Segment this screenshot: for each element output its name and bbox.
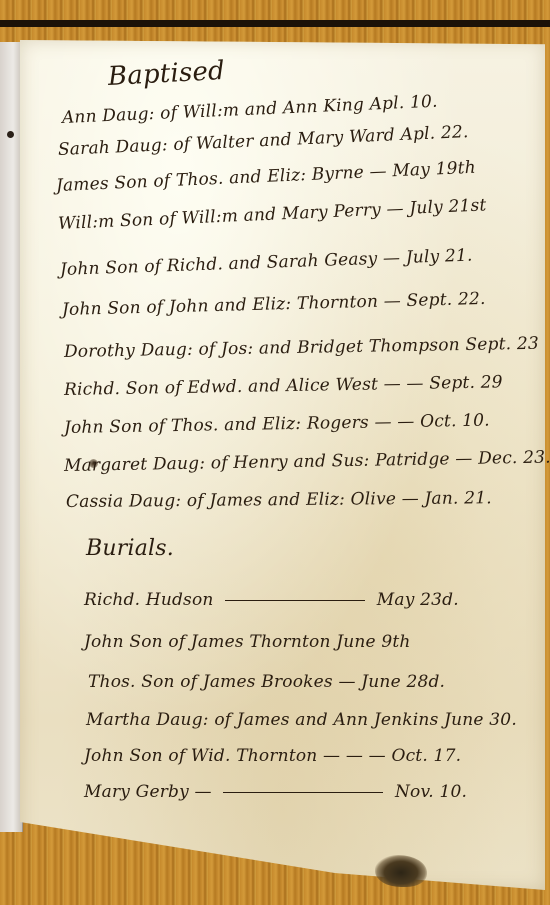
burial-entry: Richd. Hudson May 23d. — [84, 590, 459, 610]
entry-date: Apl. 10. — [369, 92, 438, 115]
entry-text: John Son of Wid. Thornton — — — — [84, 746, 386, 766]
entry-date: Dec. 23. — [478, 448, 550, 469]
entry-text: Thos. Son of James Brookes — — [88, 672, 356, 692]
burials-heading: Burials. — [86, 536, 174, 561]
entry-date: Jan. 21. — [424, 488, 492, 509]
entry-text: Cassia Daug: of James and Eliz: Olive — — [66, 489, 419, 512]
baptism-entry: Cassia Daug: of James and Eliz: Olive — … — [66, 488, 492, 512]
entry-date: Oct. 10. — [420, 411, 490, 432]
entry-date: June 30. — [444, 710, 517, 730]
entry-date: Apl. 22. — [400, 122, 469, 145]
burial-entry: John Son of James Thornton June 9th — [84, 632, 411, 652]
entry-date: June 28d. — [361, 672, 445, 692]
entry-date: Sept. 22. — [406, 289, 486, 311]
entry-text: Martha Daug: of James and Ann Jenkins — [86, 710, 439, 730]
entry-date: Oct. 17. — [391, 746, 461, 766]
entry-text: John Son of James Thornton — [84, 632, 331, 652]
entry-date: July 21st — [409, 195, 487, 218]
entry-date: June 9th — [336, 632, 410, 652]
entry-date: May 23d. — [377, 590, 459, 610]
burial-entry: Mary Gerby — Nov. 10. — [84, 782, 467, 802]
entry-text: Mary Gerby — — [84, 782, 212, 802]
entry-date: Sept. 29 — [429, 372, 503, 393]
burial-entry: Martha Daug: of James and Ann Jenkins Ju… — [86, 710, 517, 730]
binding-hole — [7, 131, 14, 138]
underlying-page-edge — [0, 42, 23, 832]
leader-line — [225, 600, 365, 601]
entry-date: Sept. 23 — [465, 334, 539, 355]
entry-text: Richd. Hudson — [84, 590, 214, 610]
burial-entry: John Son of Wid. Thornton — — — Oct. 17. — [84, 746, 461, 766]
burial-entry: Thos. Son of James Brookes — June 28d. — [88, 672, 445, 692]
baptisms-heading: Baptised — [107, 56, 225, 92]
background-dark-band — [0, 20, 550, 27]
entry-date: July 21. — [405, 246, 473, 268]
leader-line — [223, 792, 383, 793]
entry-date: Nov. 10. — [395, 782, 467, 802]
ink-stain — [375, 855, 427, 887]
entry-date: May 19th — [392, 158, 476, 182]
